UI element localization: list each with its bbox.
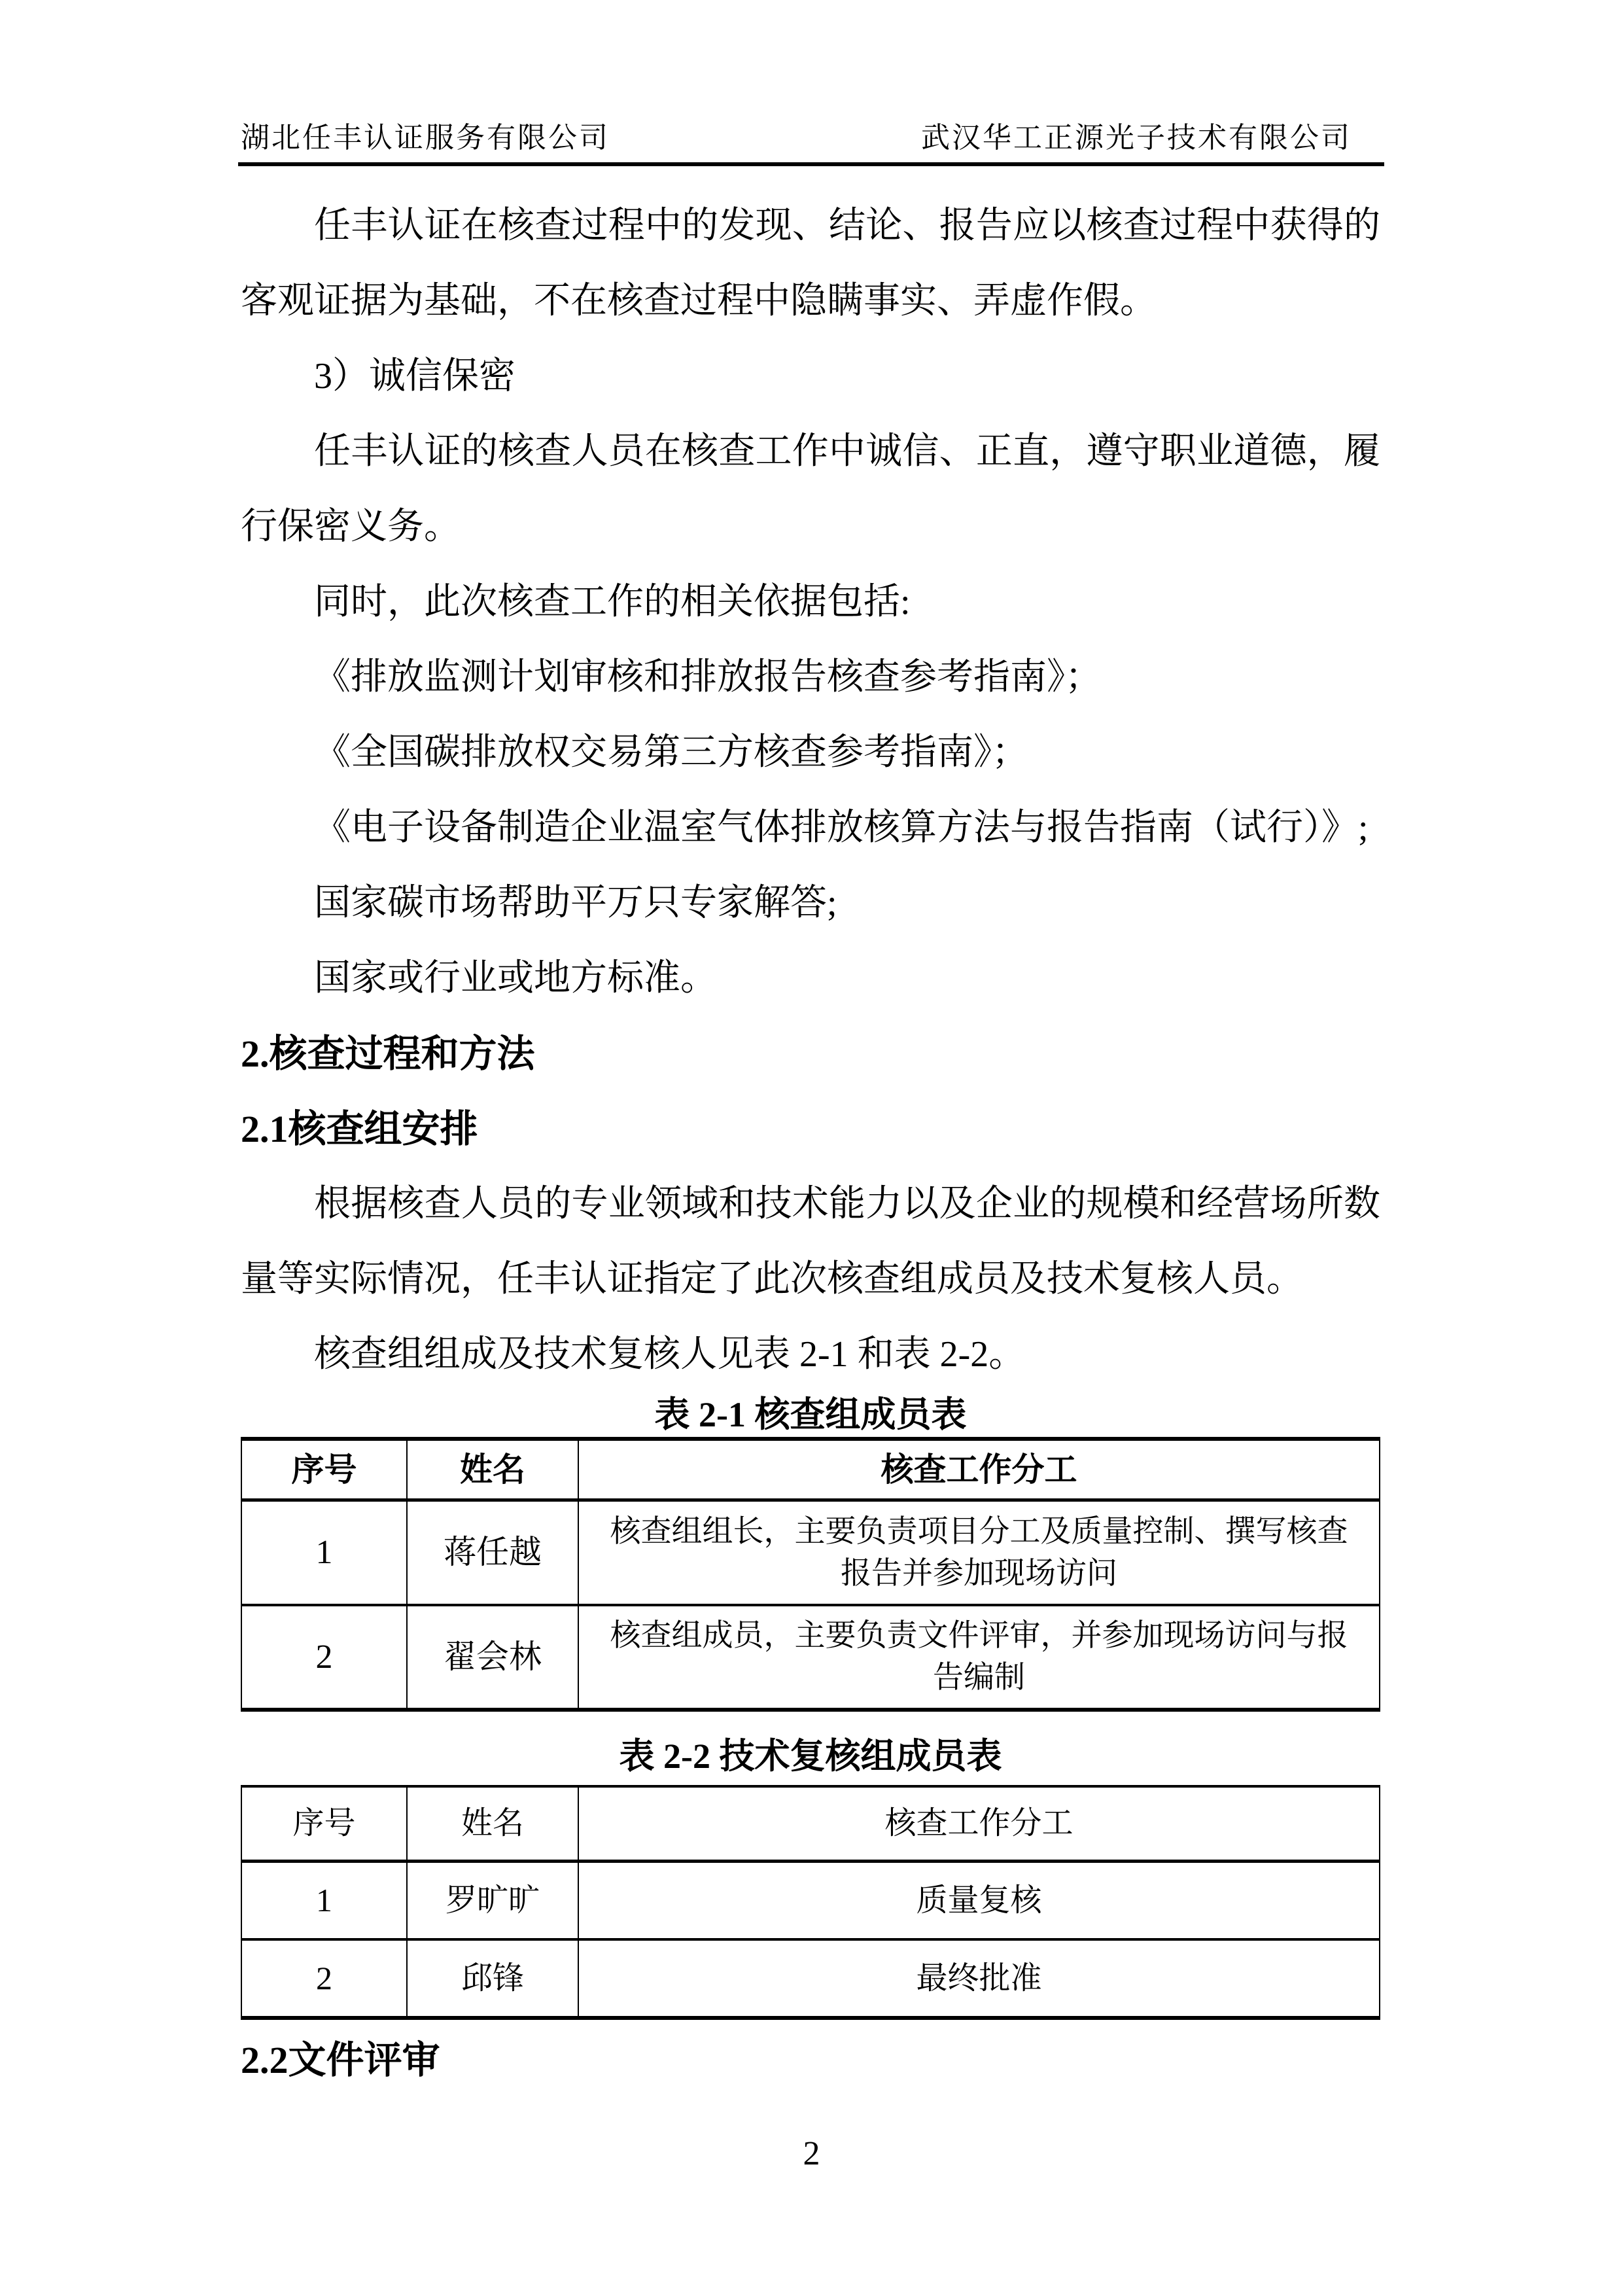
table-cell-name: 翟会林 <box>407 1605 578 1710</box>
header-right-company: 武汉华工正源光子技术有限公司 <box>921 122 1380 154</box>
paragraph-integrity-body: 任丰认证的核查人员在核查工作中诚信、正直，遵守职业道德，履行保密义务。 <box>241 414 1380 565</box>
document-page: 湖北任丰认证服务有限公司 武汉华工正源光子技术有限公司 任丰认证在核查过程中的发… <box>0 0 1623 2296</box>
table-cell-name: 邱锋 <box>407 1939 578 2018</box>
reference-item-3: 《电子设备制造企业温室气体排放核算方法与报告指南（试行）》; <box>241 790 1380 866</box>
table-cell-duty: 核查组组长，主要负责项目分工及质量控制、撰写核查报告并参加现场访问 <box>578 1500 1380 1605</box>
table-2-1-row-1: 1 蒋任越 核查组组长，主要负责项目分工及质量控制、撰写核查报告并参加现场访问 <box>241 1500 1380 1605</box>
reference-item-5: 国家或行业或地方标准。 <box>241 941 1380 1016</box>
document-body: 任丰认证在核查过程中的发现、结论、报告应以核查过程中获得的客观证据为基础，不在核… <box>241 188 1380 2098</box>
table-2-2-row-2: 2 邱锋 最终批准 <box>241 1939 1380 2018</box>
table-2-2-column-header-duty: 核查工作分工 <box>578 1786 1380 1862</box>
header-left-company: 湖北任丰认证服务有限公司 <box>241 122 610 154</box>
page-number: 2 <box>803 2135 820 2172</box>
table-2-2-caption: 表 2-2 技术复核组成员表 <box>241 1727 1380 1785</box>
table-2-1-column-header-name: 姓名 <box>407 1439 578 1500</box>
page-footer: 2 <box>0 2134 1623 2174</box>
paragraph-basis-intro: 同时，此次核查工作的相关依据包括: <box>241 565 1380 640</box>
table-2-1-column-header-duty: 核查工作分工 <box>578 1439 1380 1500</box>
reference-item-4: 国家碳市场帮助平万只专家解答; <box>241 866 1380 941</box>
reference-item-1: 《排放监测计划审核和排放报告核查参考指南》； <box>241 640 1380 715</box>
table-2-1-row-2: 2 翟会林 核查组成员，主要负责文件评审，并参加现场访问与报告编制 <box>241 1605 1380 1710</box>
page-header: 湖北任丰认证服务有限公司 武汉华工正源光子技术有限公司 <box>241 122 1380 154</box>
paragraph-table-reference: 核查组组成及技术复核人见表 2-1 和表 2-2。 <box>241 1317 1380 1392</box>
paragraph-integrity-title: 3）诚信保密 <box>241 339 1380 414</box>
header-divider-rule <box>238 162 1384 166</box>
table-2-2-technical-review-team: 序号 姓名 核查工作分工 1 罗旷旷 质量复核 2 邱锋 最终批准 <box>241 1785 1380 2020</box>
table-2-1-header-row: 序号 姓名 核查工作分工 <box>241 1439 1380 1500</box>
table-2-2-row-1: 1 罗旷旷 质量复核 <box>241 1861 1380 1939</box>
section-heading-2-1-team: 2.1核查组安排 <box>241 1091 1380 1167</box>
table-2-2-header-row: 序号 姓名 核查工作分工 <box>241 1786 1380 1862</box>
table-cell-name: 罗旷旷 <box>407 1861 578 1939</box>
section-heading-2-process: 2.核查过程和方法 <box>241 1016 1380 1091</box>
table-cell-no: 1 <box>241 1861 407 1939</box>
table-cell-no: 2 <box>241 1605 407 1710</box>
table-2-2-column-header-name: 姓名 <box>407 1786 578 1862</box>
table-2-1-column-header-no: 序号 <box>241 1439 407 1500</box>
table-cell-no: 2 <box>241 1939 407 2018</box>
table-cell-duty: 质量复核 <box>578 1861 1380 1939</box>
table-cell-duty: 核查组成员，主要负责文件评审，并参加现场访问与报告编制 <box>578 1605 1380 1710</box>
table-cell-duty: 最终批准 <box>578 1939 1380 2018</box>
section-heading-2-2-document-review: 2.2文件评审 <box>241 2022 1380 2098</box>
reference-item-2: 《全国碳排放权交易第三方核查参考指南》； <box>241 715 1380 790</box>
table-2-1-verification-team: 序号 姓名 核查工作分工 1 蒋任越 核查组组长，主要负责项目分工及质量控制、撰… <box>241 1437 1380 1712</box>
paragraph-team-selection: 根据核查人员的专业领域和技术能力以及企业的规模和经营场所数量等实际情况，任丰认证… <box>241 1167 1380 1317</box>
table-2-2-column-header-no: 序号 <box>241 1786 407 1862</box>
table-2-1-caption: 表 2-1 核查组成员表 <box>241 1392 1380 1437</box>
table-cell-no: 1 <box>241 1500 407 1605</box>
table-cell-name: 蒋任越 <box>407 1500 578 1605</box>
paragraph-objective-evidence: 任丰认证在核查过程中的发现、结论、报告应以核查过程中获得的客观证据为基础，不在核… <box>241 188 1380 339</box>
